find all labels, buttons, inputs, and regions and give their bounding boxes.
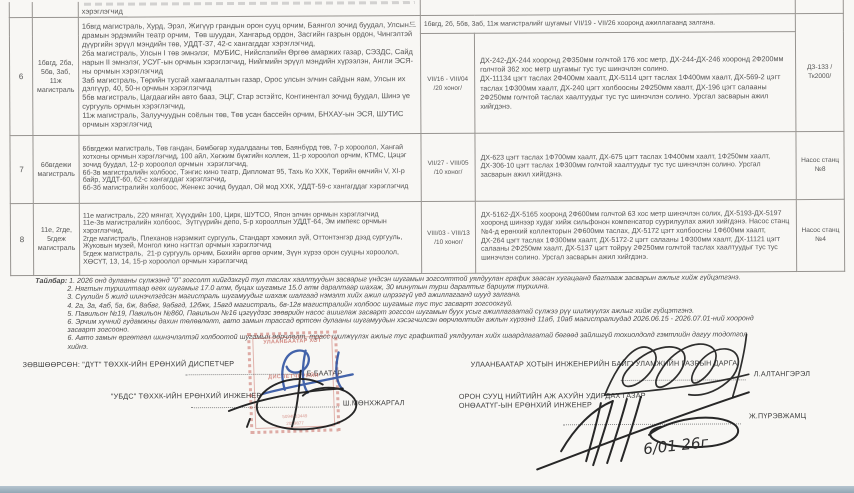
magistral-name-cell (32, 2, 78, 18)
maintenance-schedule-table: хэрэглэгчид 6 1бвгд, 2ба, 5бв, 3аб, 11ж … (9, 0, 845, 276)
stamp-number: 2099877 (250, 419, 340, 427)
period-cell: VII/16 - VIII/04 /20 хоног/ (420, 33, 475, 133)
ubds-engineer-title: "УБДС" ТӨХХК-ИЙН ЕРӨНХИЙ ИНЖЕНЕР (111, 391, 262, 401)
equipment-cell: ДЗ-133 /Тк2000/ (795, 13, 844, 131)
equipment-cell-clipped (795, 0, 843, 14)
duration-text: /10 хоног/ (425, 167, 472, 176)
period-cell: VIII/03 - VIII/13 /10 хоног/ (421, 201, 475, 273)
approver-name: Б.БААТАР (307, 368, 343, 377)
consumers-cell: 6бвгдежи магистраль, Төв гандан, Бөмбөгө… (79, 134, 421, 204)
equipment-text: ДЗ-133 /Тк2000/ (807, 64, 832, 80)
scan-tilt-wrapper: хэрэглэгчид 6 1бвгд, 2ба, 5бв, 3аб, 11ж … (0, 0, 854, 493)
city-director-name: Л.АЛТАНГЭРЭЛ (754, 369, 810, 378)
ubds-engineer-name: Ш.МӨНХЖАРГАЛ (343, 398, 405, 407)
works-cell: ДХ-5162-ДХ-5165 хооронд 2Ф600мм голчтой … (475, 200, 796, 274)
table-row: 7 6бвгдежи магистраль 6бвгдежи магистрал… (10, 131, 844, 203)
works-text: ДХ-623 цэгт таслах 1Ф700мм хаалт, ДХ-675… (481, 153, 791, 180)
row-number-cell: 6 (9, 18, 33, 136)
equipment-text: Насос станц №8 (801, 157, 839, 173)
period-text: VIII/03 - VIII/13 (425, 228, 472, 237)
magistral-name-cell: 11е, 2где, 5гдеж магистраль (33, 203, 79, 275)
works-text: ДХ-242-ДХ-244 хооронд 2Ф350мм голчтой 17… (480, 54, 790, 111)
consumers-text: 1бвгд магистраль, Хурд, Эрэл, Жигүүр гра… (82, 21, 418, 130)
clipped-text: хэрэглэгчид (82, 6, 417, 16)
signature-line (563, 422, 741, 425)
magistral-name-cell: 6бвгдежи магистраль (33, 135, 79, 203)
works-text: ДХ-5162-ДХ-5165 хооронд 2Ф600мм голчтой … (481, 210, 791, 263)
duration-text: /10 хоног/ (425, 237, 472, 246)
works-cell: ДХ-623 цэгт таслах 1Ф700мм хаалт, ДХ-675… (475, 132, 796, 202)
notes-label: Тайлбар: (35, 277, 67, 285)
period-cell: VII/27 - VIII/05 /10 хоног/ (421, 133, 475, 201)
signature-scribble-black-oval (229, 370, 357, 429)
housing-engineer-name: Ж.ПҮРЭВЖАМЦ (749, 411, 806, 420)
magistral-name-cell: 1бвгд, 2ба, 5бв, 3аб, 11ж магистраль (32, 17, 79, 135)
announcement-cell: 1бвгд, 2б, 5бв, 3аб, 11ж магистралийг шу… (420, 14, 795, 34)
signature-line (621, 378, 746, 381)
scanned-document-sheet: хэрэглэгчид 6 1бвгд, 2ба, 5бв, 3аб, 11ж … (0, 0, 854, 493)
equipment-text: Насос станц №4 (801, 227, 839, 243)
signature-line (186, 373, 304, 376)
table-row: 8 11е, 2где, 5гдеж магистраль 11е магист… (10, 199, 844, 275)
works-cell: ДХ-242-ДХ-244 хооронд 2Ф350мм голчтой 17… (474, 32, 796, 134)
consumers-cell: 11е магистраль, 220 мянгат, Хүүхдийн 100… (79, 202, 421, 276)
duration-text: /20 хоног/ (424, 83, 471, 92)
note-item: 6. Авто замын өргөтгөл шинэчлэлтэй холбо… (48, 330, 851, 351)
clipped-text-line (84, 1, 415, 6)
signature-line (191, 405, 339, 408)
notes-block: Тайлбар: 1. 2026 онд дулааны сүлжээнд "0… (35, 273, 851, 351)
housing-authority-title-line1: ОРОН СУУЦ НИЙТИЙН АЖ АХУЙН УДИРДАХ ГАЗАР (459, 391, 646, 401)
handwritten-date-note: 6/01 26г (642, 433, 709, 458)
row-number-cell: 7 (10, 136, 33, 204)
approved-by-title: ЗӨВШӨӨРСӨН: "ДҮТ" ТӨХХК-ИЙН ЕРӨНХИЙ ДИСП… (23, 359, 235, 369)
stamp-number: 5094833449 (250, 412, 340, 420)
consumers-cell: 1бвгд магистраль, Хурд, Эрэл, Жигүүр гра… (78, 16, 421, 136)
row-number-cell: 8 (10, 204, 33, 276)
row-number-cell (9, 2, 32, 18)
consumers-text: 6бвгдежи магистраль, Төв гандан, Бөмбөгө… (83, 144, 418, 192)
equipment-cell: Насос станц №4 (796, 199, 844, 271)
equipment-cell: Насос станц №8 (796, 131, 844, 199)
consumers-text: 11е магистраль, 220 мянгат, Хүүхдийн 100… (83, 211, 418, 267)
period-text: VII/27 - VIII/05 (425, 158, 472, 167)
scan-edge-strip (0, 486, 854, 493)
consumers-cell-clipped: хэрэглэгчид (78, 0, 420, 17)
city-director-title: УЛААНБААТАР ХОТЫН ИНЖЕНЕРИЙН БАЙГУУЛАМЖИ… (471, 358, 738, 368)
housing-authority-title-line2: ОНӨААТҮГ-ЫН ЕРӨНХИЙ ИНЖЕНЕР (459, 400, 592, 410)
period-text: VII/16 - VIII/04 (424, 74, 471, 83)
